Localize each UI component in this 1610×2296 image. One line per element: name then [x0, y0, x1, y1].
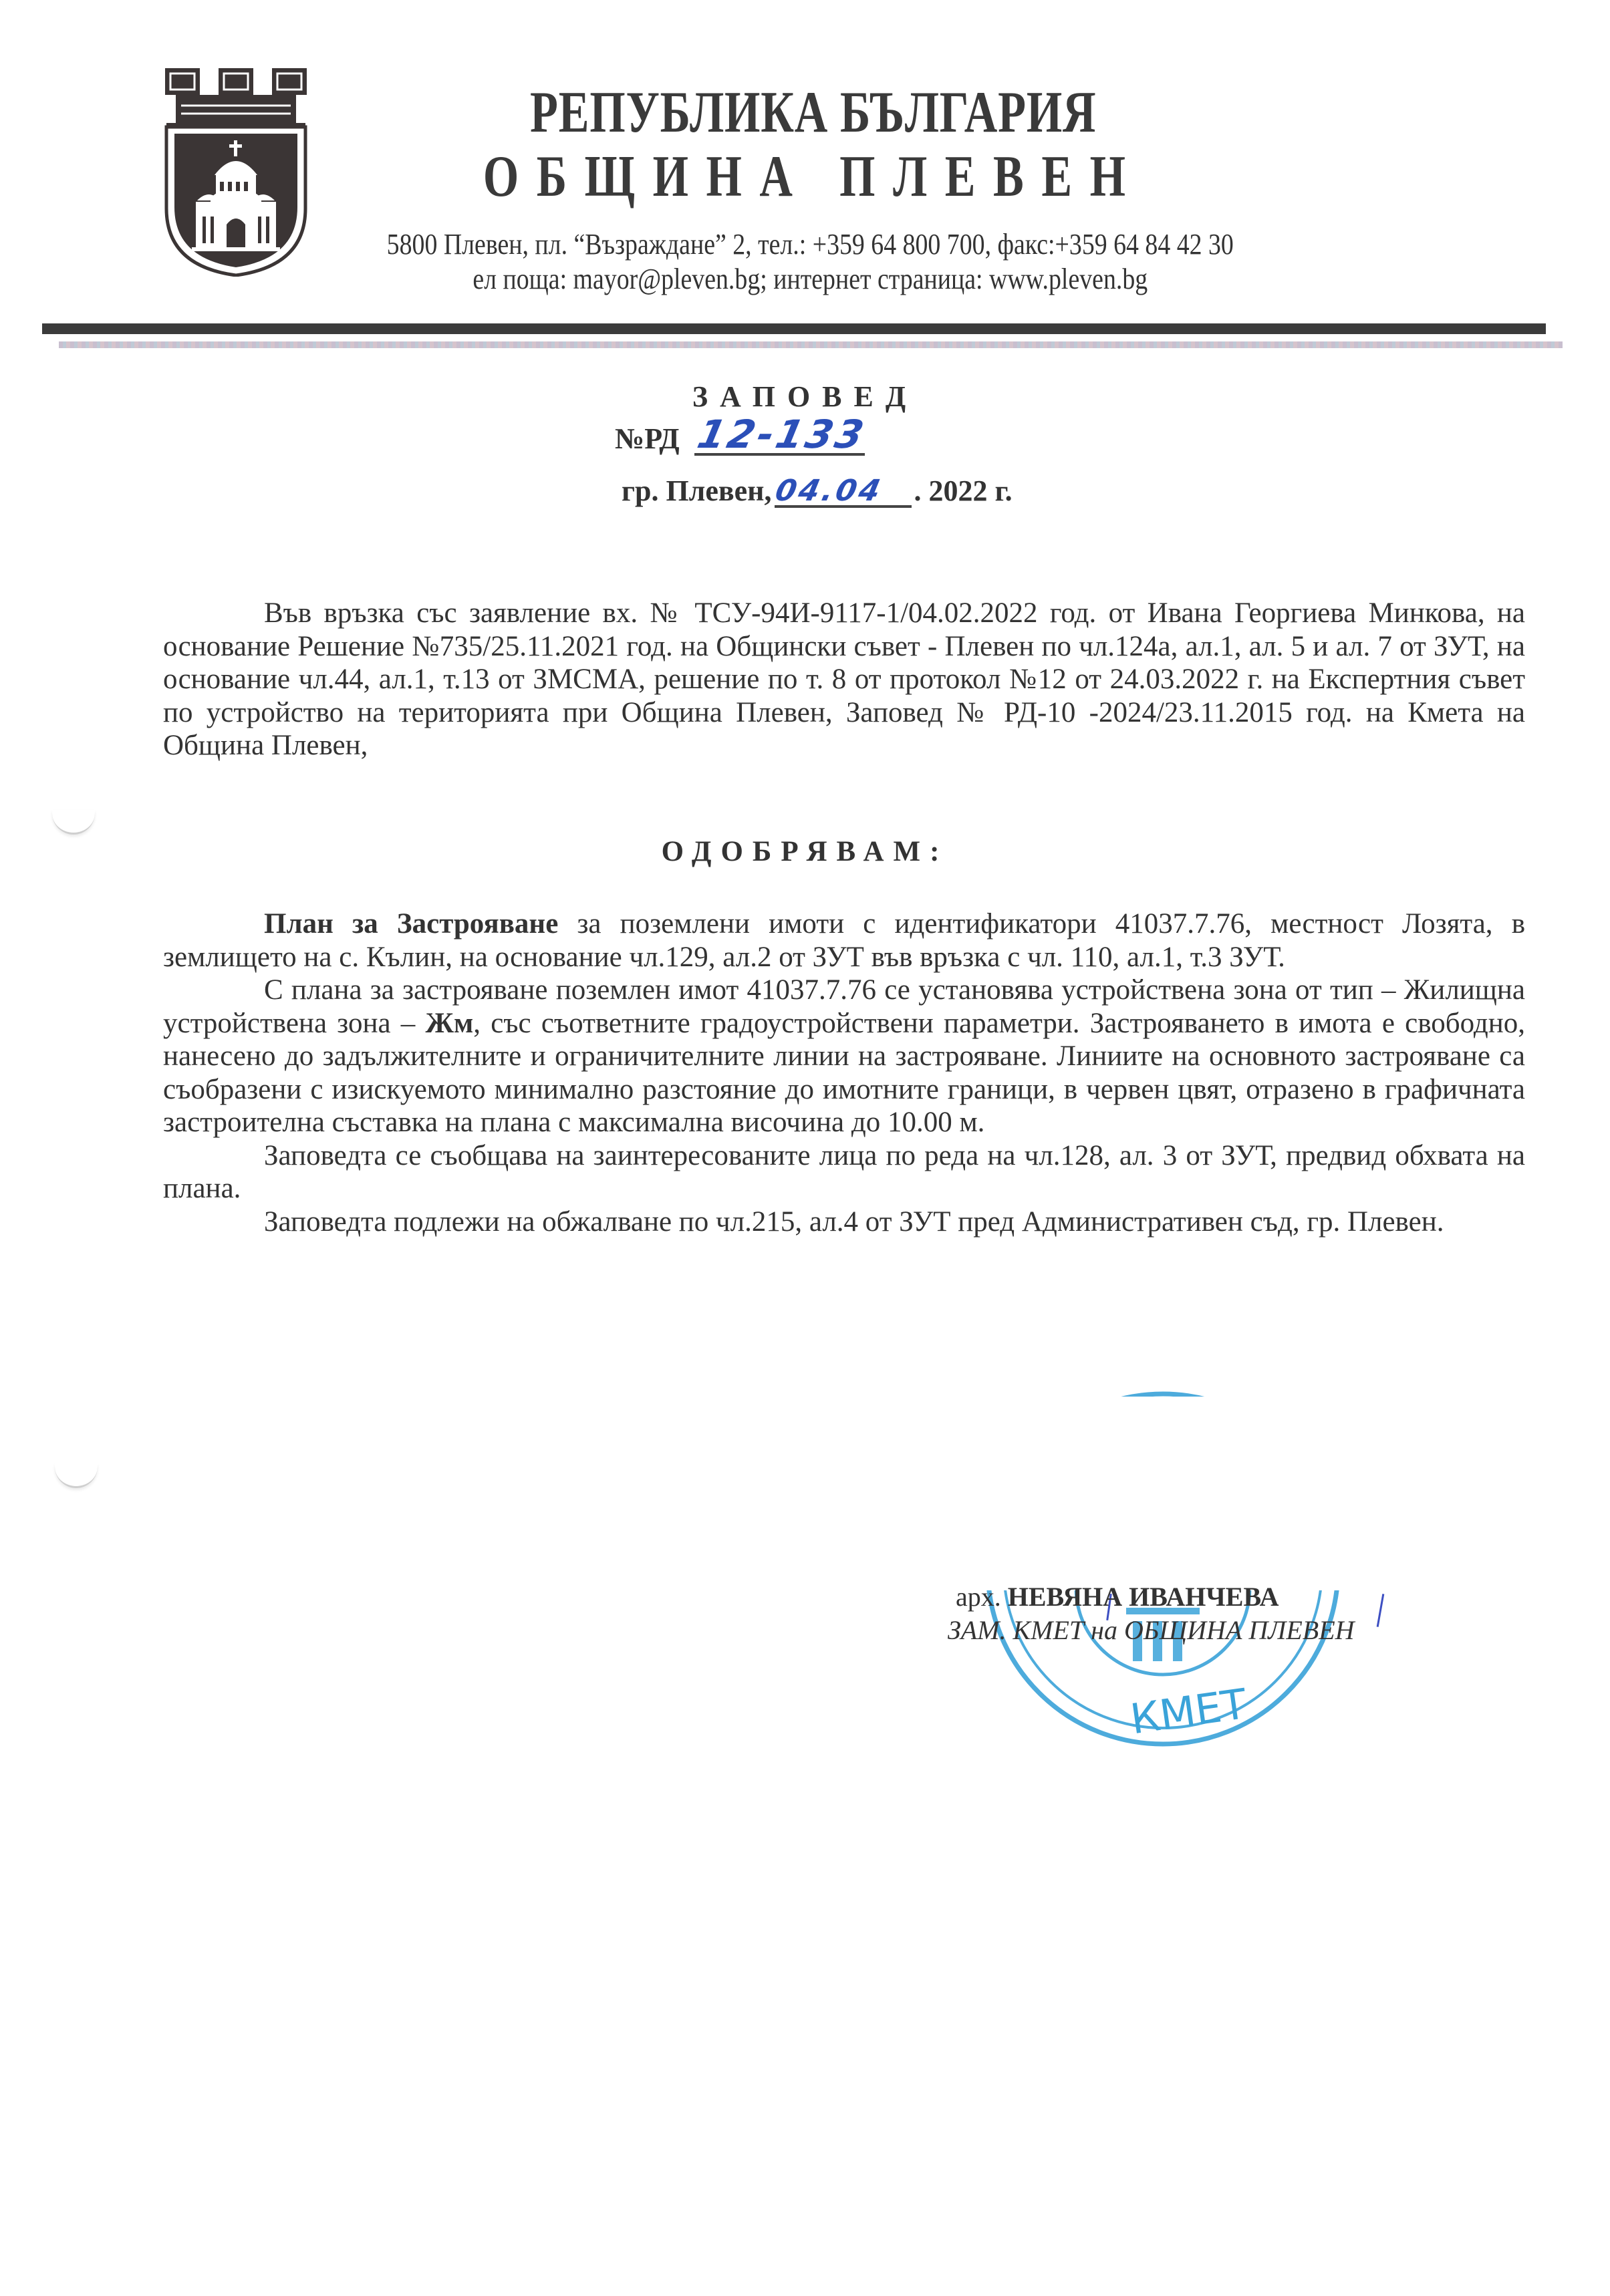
order-number-row: №РД 12-133 — [615, 421, 865, 456]
stamp-text: КМЕТ — [1127, 1679, 1250, 1744]
signatory-name: арх. НЕВЯНА ИВАНЧЕВА — [956, 1581, 1279, 1612]
signatory-prefix: арх. — [956, 1582, 1001, 1612]
decision-paragraph-notification: Заповедта се съобщава на заинтересованит… — [163, 1139, 1525, 1205]
signature-redaction-area — [922, 1397, 1524, 1590]
order-year-suffix: . 2022 г. — [914, 474, 1013, 508]
handwritten-order-date: 04.04 — [772, 474, 886, 508]
order-date-blank: 04.04 — [775, 473, 912, 508]
decision-paragraph-appeal: Заповедта подлежи на обжалване по чл.215… — [163, 1205, 1525, 1239]
letterhead-divider-thick — [42, 323, 1546, 334]
intro-paragraph: Във връзка със заявление вх. № ТСУ-94И-9… — [163, 597, 1525, 762]
order-number-prefix: №РД — [615, 422, 680, 456]
order-number-blank: 12-133 — [694, 421, 865, 456]
hole-punch-mark-top — [52, 810, 95, 835]
order-heading: ЗАПОВЕД — [0, 380, 1610, 414]
plan-title-bold: План за Застрояване — [264, 908, 558, 940]
intro-section: Във връзка със заявление вх. № ТСУ-94И-9… — [163, 597, 1525, 762]
order-city-date-row: гр. Плевен, 04.04 . 2022 г. — [622, 473, 1013, 508]
zone-code-bold: Жм — [425, 1008, 473, 1039]
signature-pen-stroke — [1377, 1594, 1385, 1627]
order-city-prefix: гр. Плевен, — [622, 474, 772, 508]
signatory-full-name: НЕВЯНА ИВАНЧЕВА — [1008, 1582, 1279, 1612]
letterhead-municipality: ОБЩИНА ПЛЕВЕН — [185, 143, 1441, 210]
handwritten-order-number: 12-133 — [693, 412, 869, 457]
decision-paragraph-plan: План за Застрояване за поземлени имоти с… — [163, 907, 1525, 974]
letterhead-email-web: ел поща: mayor@pleven.bg; интернет стран… — [118, 262, 1502, 296]
letterhead-divider-thin — [59, 341, 1563, 348]
letterhead-country: РЕПУБЛИКА БЪЛГАРИЯ — [185, 79, 1441, 146]
letterhead-address-phone: 5800 Плевен, пл. “Възраждане” 2, тел.: +… — [118, 227, 1502, 261]
approve-heading: ОДОБРЯВАМ: — [0, 835, 1610, 868]
decision-section: План за Застрояване за поземлени имоти с… — [163, 907, 1525, 1238]
decision-paragraph-zone: С плана за застрояване поземлен имот 410… — [163, 974, 1525, 1139]
hole-punch-mark-bottom — [55, 1463, 98, 1488]
signatory-title: ЗАМ. КМЕТ на ОБЩИНА ПЛЕВЕН — [948, 1614, 1355, 1646]
